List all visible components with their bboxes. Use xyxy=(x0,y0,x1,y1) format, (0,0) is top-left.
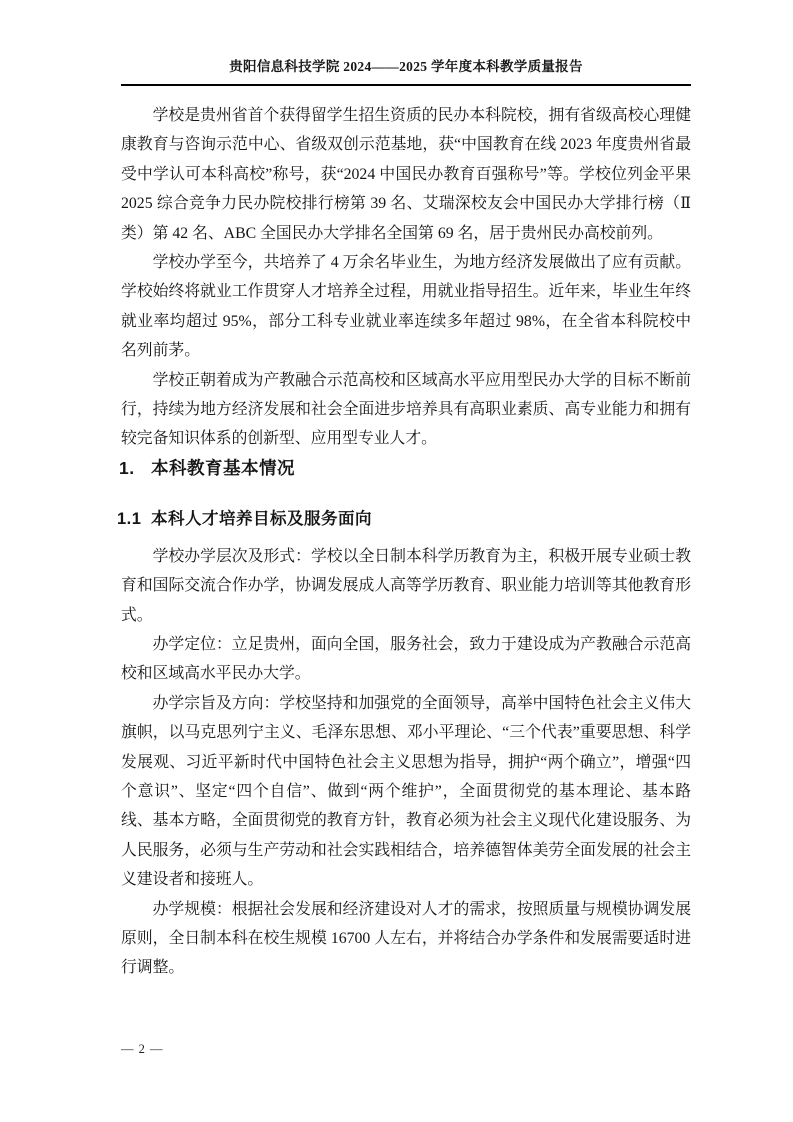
subsection-number: 1.1 xyxy=(117,505,151,534)
page-number: — 2 — xyxy=(121,1042,164,1056)
body-paragraph-scale: 办学规模：根据社会发展和经济建设对人才的需求，按照质量与规模协调发展原则，全日制… xyxy=(121,895,691,983)
intro-paragraph-1: 学校是贵州省首个获得留学生招生资质的民办本科院校，拥有省级高校心理健康教育与咨询… xyxy=(121,101,691,248)
section-title: 本科教育基本情况 xyxy=(151,458,295,478)
section-number: 1. xyxy=(119,454,151,483)
page-footer: — 2 — xyxy=(121,1041,164,1057)
body-paragraph-positioning: 办学定位：立足贵州，面向全国，服务社会，致力于建设成为产教融合示范高校和区域高水… xyxy=(121,630,691,689)
body-paragraph-mission: 办学宗旨及方向：学校坚持和加强党的全面领导，高举中国特色社会主义伟大旗帜，以马克… xyxy=(121,689,691,895)
page-header: 贵阳信息科技学院 2024——2025 学年度本科教学质量报告 xyxy=(121,56,691,86)
page-content-area: 贵阳信息科技学院 2024——2025 学年度本科教学质量报告 学校是贵州省首个… xyxy=(0,56,793,983)
subsection-heading-1-1: 1.1本科人才培养目标及服务面向 xyxy=(117,505,691,534)
intro-paragraph-3: 学校正朝着成为产教融合示范高校和区域高水平应用型民办大学的目标不断前行，持续为地… xyxy=(121,366,691,454)
section-heading-1: 1.本科教育基本情况 xyxy=(119,454,691,483)
subsection-title: 本科人才培养目标及服务面向 xyxy=(151,510,372,528)
document-header-title: 贵阳信息科技学院 2024——2025 学年度本科教学质量报告 xyxy=(229,59,583,74)
document-page: 贵阳信息科技学院 2024——2025 学年度本科教学质量报告 学校是贵州省首个… xyxy=(0,0,793,1122)
intro-paragraph-2: 学校办学至今，共培养了 4 万余名毕业生，为地方经济发展做出了应有贡献。学校始终… xyxy=(121,248,691,366)
body-paragraph-education-levels: 学校办学层次及形式：学校以全日制本科学历教育为主，积极开展专业硕士教育和国际交流… xyxy=(121,542,691,630)
document-body: 学校是贵州省首个获得留学生招生资质的民办本科院校，拥有省级高校心理健康教育与咨询… xyxy=(121,101,691,983)
